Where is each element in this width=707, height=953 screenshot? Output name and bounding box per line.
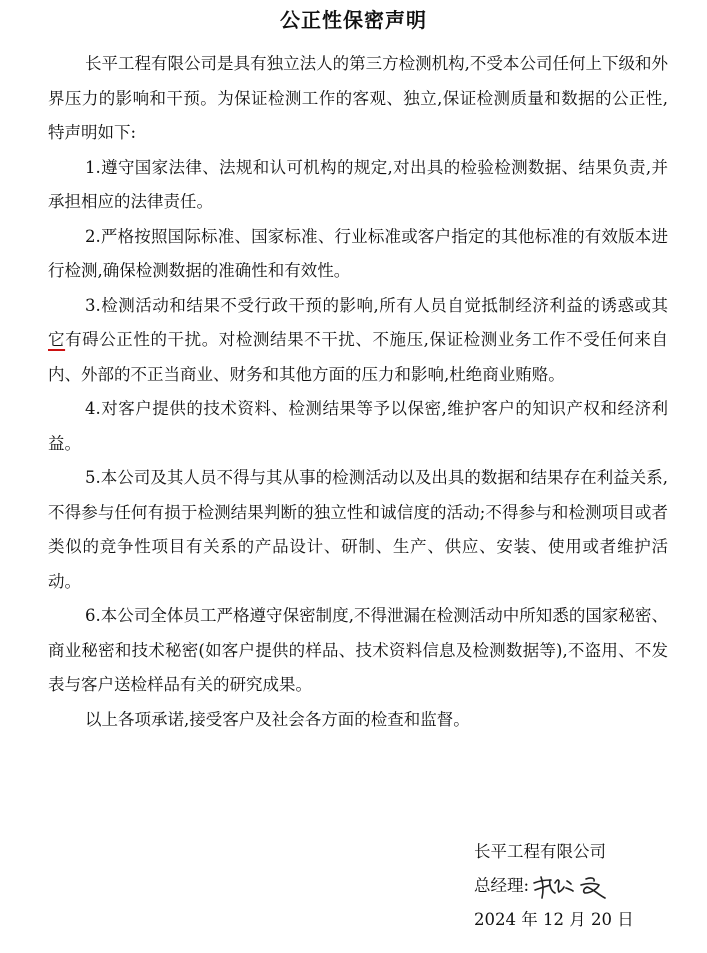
signature-block: 长平工程有限公司 总经理: 2024 年 12 月 20 日: [474, 835, 634, 937]
item-5-paragraph: 5.本公司及其人员不得与其从事的检测活动以及出具的数据和结果存在利益关系, 不得…: [48, 461, 668, 599]
item-3-text-before: 3.检测活动和结果不受行政干预的影响,所有人员自觉抵制经济利益的诱惑或其: [85, 296, 668, 315]
handwritten-signature-icon: [531, 871, 621, 901]
item-1-paragraph: 1.遵守国家法律、法规和认可机构的规定,对出具的检验检测数据、结果负责,并 承担…: [48, 151, 668, 220]
intro-paragraph: 长平工程有限公司是具有独立法人的第三方检测机构,不受本公司任何上下级和外界压力的…: [48, 47, 668, 151]
item-3-paragraph: 3.检测活动和结果不受行政干预的影响,所有人员自觉抵制经济利益的诱惑或其 它有碍…: [48, 289, 668, 393]
item-2-paragraph: 2.严格按照国际标准、国家标准、行业标准或客户指定的其他标准的有效版本进行检测,…: [48, 220, 668, 289]
signing-date: 2024 年 12 月 20 日: [474, 903, 634, 937]
item-4-paragraph: 4.对客户提供的技术资料、检测结果等予以保密,维护客户的知识产权和经济利 益。: [48, 392, 668, 461]
document-title: 公正性保密声明: [0, 6, 707, 34]
manager-label: 总经理:: [474, 869, 529, 903]
item-6-paragraph: 6.本公司全体员工严格遵守保密制度,不得泄漏在检测活动中所知悉的国家秘密、 商业…: [48, 599, 668, 703]
document-body: 长平工程有限公司是具有独立法人的第三方检测机构,不受本公司任何上下级和外界压力的…: [48, 47, 668, 737]
manager-line: 总经理:: [474, 869, 634, 903]
spellcheck-flagged-word[interactable]: 它: [48, 330, 65, 349]
company-name: 长平工程有限公司: [474, 835, 634, 869]
closing-paragraph: 以上各项承诺,接受客户及社会各方面的检查和监督。: [48, 703, 668, 738]
item-3-text-after: 有碍公正性的干扰。对检测结果不干扰、不施压,保证检测业务工作不受任何来自内、外部…: [48, 330, 668, 384]
